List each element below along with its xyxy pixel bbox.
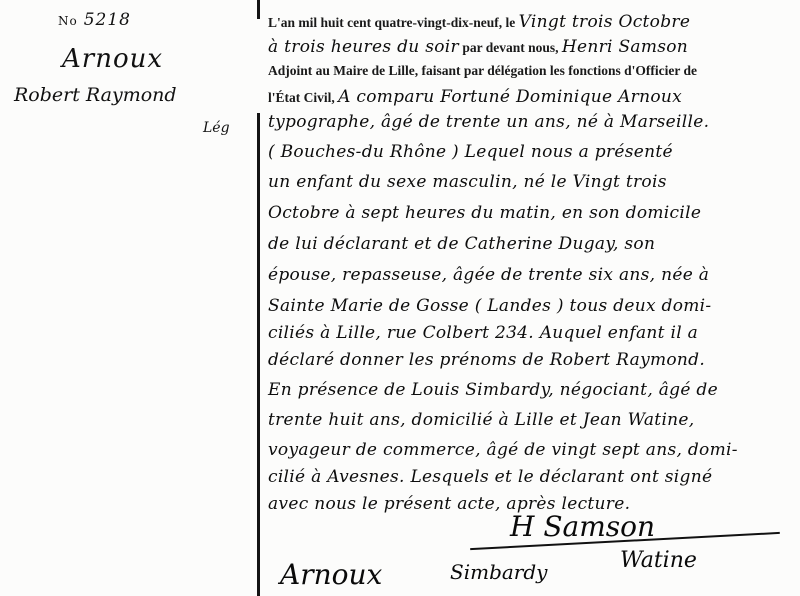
signature-declarant: Arnoux (280, 558, 382, 591)
record-line: Adjoint au Maire de Lille, faisant par d… (268, 62, 697, 80)
signature-witness-2: Watine (620, 548, 697, 573)
civil-registry-page: No5218 Arnoux Robert Raymond Lég L'an mi… (0, 0, 800, 596)
margin-annotation: Lég (203, 120, 230, 136)
signature-officer: H Samson (510, 510, 655, 543)
handwritten-text: trente huit ans, domicilié à Lille et Je… (268, 410, 695, 430)
record-line: l'État Civil, A comparu Fortuné Dominiqu… (268, 87, 682, 107)
handwritten-text: voyageur de commerce, âgé de vingt sept … (268, 440, 738, 460)
handwritten-text: Vingt trois Octobre (519, 12, 691, 32)
margin-surname: Arnoux (62, 44, 163, 74)
printed-text: l'État Civil, (268, 90, 338, 105)
printed-text: Adjoint au Maire de Lille, faisant par d… (268, 63, 697, 78)
record-line: cilié à Avesnes. Lesquels et le déclaran… (268, 467, 712, 487)
record-number-prefix: No (58, 14, 78, 28)
handwritten-text: Henri Samson (562, 37, 688, 57)
margin-rule (257, 113, 260, 596)
handwritten-text: Sainte Marie de Gosse ( Landes ) tous de… (268, 296, 711, 316)
record-line: voyageur de commerce, âgé de vingt sept … (268, 440, 738, 460)
record-line: trente huit ans, domicilié à Lille et Je… (268, 410, 695, 430)
record-number-value: 5218 (84, 10, 131, 30)
margin-rule-top (257, 0, 260, 19)
margin-given-names: Robert Raymond (14, 84, 177, 106)
handwritten-text: Octobre à sept heures du matin, en son d… (268, 203, 701, 223)
handwritten-text: déclaré donner les prénoms de Robert Ray… (268, 350, 705, 370)
handwritten-text: typographe, âgé de trente un ans, né à M… (268, 112, 709, 132)
handwritten-text: A comparu Fortuné Dominique Arnoux (338, 87, 682, 107)
handwritten-text: cilié à Avesnes. Lesquels et le déclaran… (268, 467, 712, 487)
record-line: de lui déclarant et de Catherine Dugay, … (268, 234, 655, 254)
handwritten-text: un enfant du sexe masculin, né le Vingt … (268, 172, 667, 192)
record-line: ( Bouches-du Rhône ) Lequel nous a prése… (268, 142, 673, 162)
handwritten-text: à trois heures du soir (268, 37, 459, 57)
signature-witness-1: Simbardy (450, 560, 547, 584)
record-line: L'an mil huit cent quatre-vingt-dix-neuf… (268, 12, 690, 32)
handwritten-text: ciliés à Lille, rue Colbert 234. Auquel … (268, 323, 698, 343)
handwritten-text: épouse, repasseuse, âgée de trente six a… (268, 265, 709, 285)
record-line: Octobre à sept heures du matin, en son d… (268, 203, 701, 223)
record-line: épouse, repasseuse, âgée de trente six a… (268, 265, 709, 285)
handwritten-text: de lui déclarant et de Catherine Dugay, … (268, 234, 655, 254)
record-line: En présence de Louis Simbardy, négociant… (268, 380, 718, 400)
record-line: ciliés à Lille, rue Colbert 234. Auquel … (268, 323, 698, 343)
handwritten-text: En présence de Louis Simbardy, négociant… (268, 380, 718, 400)
printed-text: par devant nous, (459, 40, 562, 55)
record-line: un enfant du sexe masculin, né le Vingt … (268, 172, 667, 192)
record-line: à trois heures du soir par devant nous, … (268, 37, 688, 57)
record-number: No5218 (58, 10, 131, 30)
record-line: Sainte Marie de Gosse ( Landes ) tous de… (268, 296, 711, 316)
handwritten-text: ( Bouches-du Rhône ) Lequel nous a prése… (268, 142, 673, 162)
printed-text: L'an mil huit cent quatre-vingt-dix-neuf… (268, 15, 519, 30)
record-line: typographe, âgé de trente un ans, né à M… (268, 112, 709, 132)
record-line: déclaré donner les prénoms de Robert Ray… (268, 350, 705, 370)
